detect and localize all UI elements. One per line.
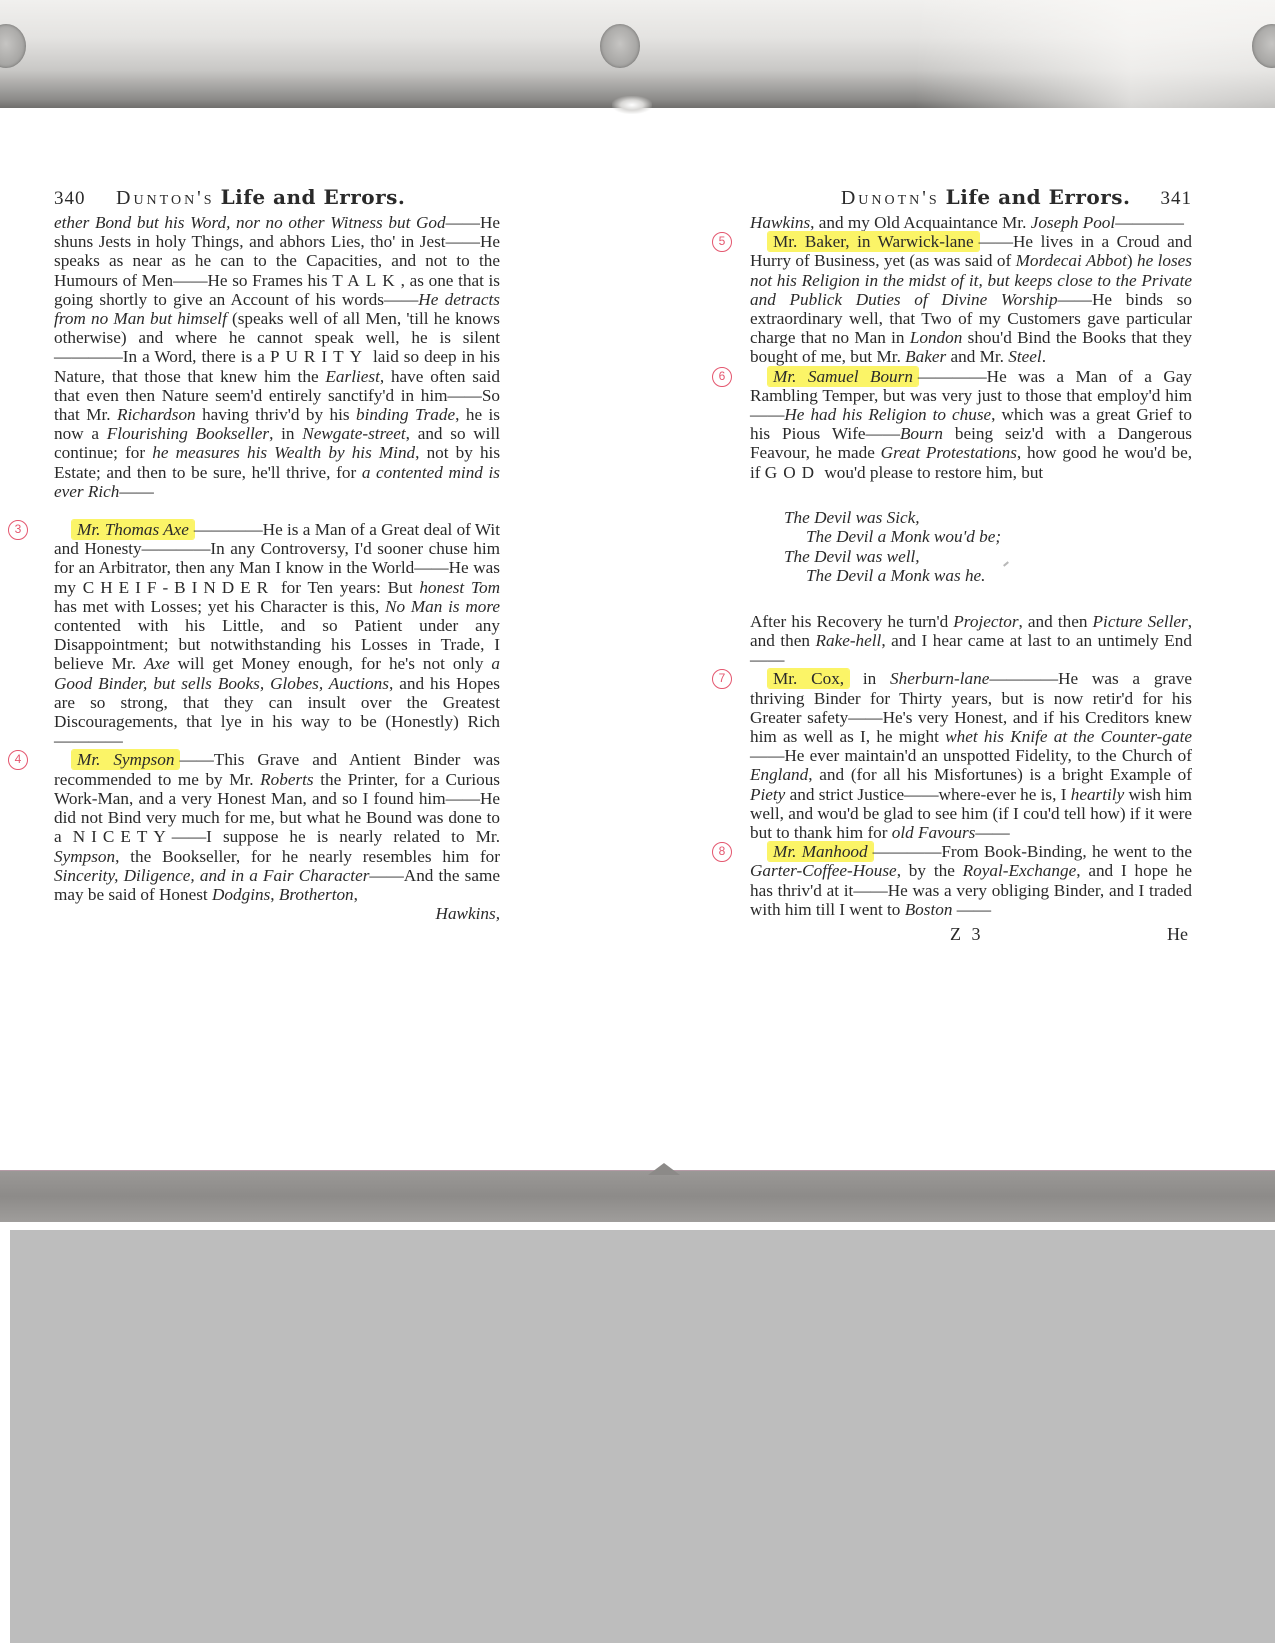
binder-name: Mr. Baker, in Warwick-lane [773, 232, 974, 251]
binder-name: Mr. Manhood [773, 842, 868, 861]
entry-text: Mr. Samuel Bourn————He was a Man of a Ga… [750, 367, 1192, 482]
paragraph: ether Bond but his Word, nor no other Wi… [54, 213, 500, 501]
right-page: Dunotn's Life and Errors. 341 Hawkins, a… [750, 188, 1192, 944]
running-head-left: 340 Dunton's Life and Errors. [54, 188, 500, 212]
band-peak [648, 1163, 680, 1175]
entry-4: 4 Mr. Sympson——This Grave and Antient Bi… [54, 750, 500, 904]
bed-edge [0, 1230, 10, 1643]
catchword: Hawkins, [54, 904, 500, 923]
entry-3: 3 Mr. Thomas Axe————He is a Man of a Gre… [54, 520, 500, 750]
verse-line: The Devil a Monk wou'd be; [784, 527, 1192, 547]
running-head-author: Dunton's [116, 189, 215, 208]
entry-text: Mr. Thomas Axe————He is a Man of a Great… [54, 520, 500, 750]
page-number: 341 [1161, 189, 1193, 208]
entry-text: Mr. Baker, in Warwick-lane——He lives in … [750, 232, 1192, 366]
highlighted-name: Mr. Samuel Bourn [768, 367, 918, 386]
running-head-right: Dunotn's Life and Errors. 341 [750, 188, 1192, 212]
scanner-top-band [0, 0, 1275, 108]
binder-name: Mr. Sympson [77, 750, 174, 769]
punch-hole-left [0, 24, 26, 68]
entry-body: ——He lives in a Croud and Hurry of Busin… [750, 232, 1192, 366]
page-footer: Z 3 He [750, 925, 1192, 944]
scanner-bed [0, 1230, 1275, 1643]
annotation-circled-number: 3 [8, 520, 28, 540]
punch-hole-middle [600, 24, 640, 68]
paragraph: Hawkins, and my Old Acquaintance Mr. Jos… [750, 213, 1192, 232]
page-edge [1217, 108, 1275, 1170]
scanner-bottom-band [0, 1170, 1275, 1222]
verse-line: The Devil was Sick, [784, 508, 1192, 528]
running-head-author: Dunotn's [841, 189, 940, 208]
binder-name: Mr. Samuel Bourn [773, 367, 913, 386]
highlighted-name: Mr. Baker, in Warwick-lane [768, 232, 979, 251]
highlighted-name: Mr. Manhood [768, 842, 873, 861]
signature-mark: Z 3 [950, 925, 984, 944]
catchword: He [1167, 925, 1188, 944]
annotation-circled-number: 8 [712, 842, 732, 862]
annotation-circled-number: 7 [712, 669, 732, 689]
annotation-circled-number: 5 [712, 232, 732, 252]
entry-5: 5 Mr. Baker, in Warwick-lane——He lives i… [750, 232, 1192, 366]
verse-line: The Devil a Monk was he. [784, 566, 1192, 586]
entry-body: ————He is a Man of a Great deal of Wit a… [54, 520, 500, 750]
binder-name: Mr. Thomas Axe [77, 520, 189, 539]
binder-name: Mr. Cox, [773, 669, 844, 688]
highlighted-name: Mr. Sympson [72, 750, 179, 769]
entry-7: 7 Mr. Cox, in Sherburn-lane————He was a … [750, 669, 1192, 842]
left-page: 340 Dunton's Life and Errors. ether Bond… [54, 188, 500, 923]
entry-6: 6 Mr. Samuel Bourn————He was a Man of a … [750, 367, 1192, 482]
entry-8: 8 Mr. Manhood————From Book-Binding, he w… [750, 842, 1192, 919]
book-gutter [612, 96, 652, 114]
paragraph: After his Recovery he turn'd Projector, … [750, 612, 1192, 670]
entry-text: Mr. Cox, in Sherburn-lane————He was a gr… [750, 669, 1192, 842]
entry-body: ——This Grave and Antient Binder was reco… [54, 750, 500, 903]
verse-line: The Devil was well, [784, 547, 1192, 567]
running-head-title: Life and Errors. [946, 188, 1131, 207]
page-number: 340 [54, 189, 116, 208]
highlighted-name: Mr. Cox, [768, 669, 849, 688]
annotation-circled-number: 6 [712, 367, 732, 387]
band-fade [915, 0, 1275, 108]
entry-body: in Sherburn-lane————He was a grave thriv… [750, 669, 1192, 842]
highlighted-name: Mr. Thomas Axe [72, 520, 194, 539]
entry-text: Mr. Manhood————From Book-Binding, he wen… [750, 842, 1192, 919]
verse-quote: The Devil was Sick, The Devil a Monk wou… [784, 508, 1192, 586]
entry-text: Mr. Sympson——This Grave and Antient Bind… [54, 750, 500, 904]
running-head-title: Life and Errors. [221, 188, 406, 207]
annotation-circled-number: 4 [8, 750, 28, 770]
